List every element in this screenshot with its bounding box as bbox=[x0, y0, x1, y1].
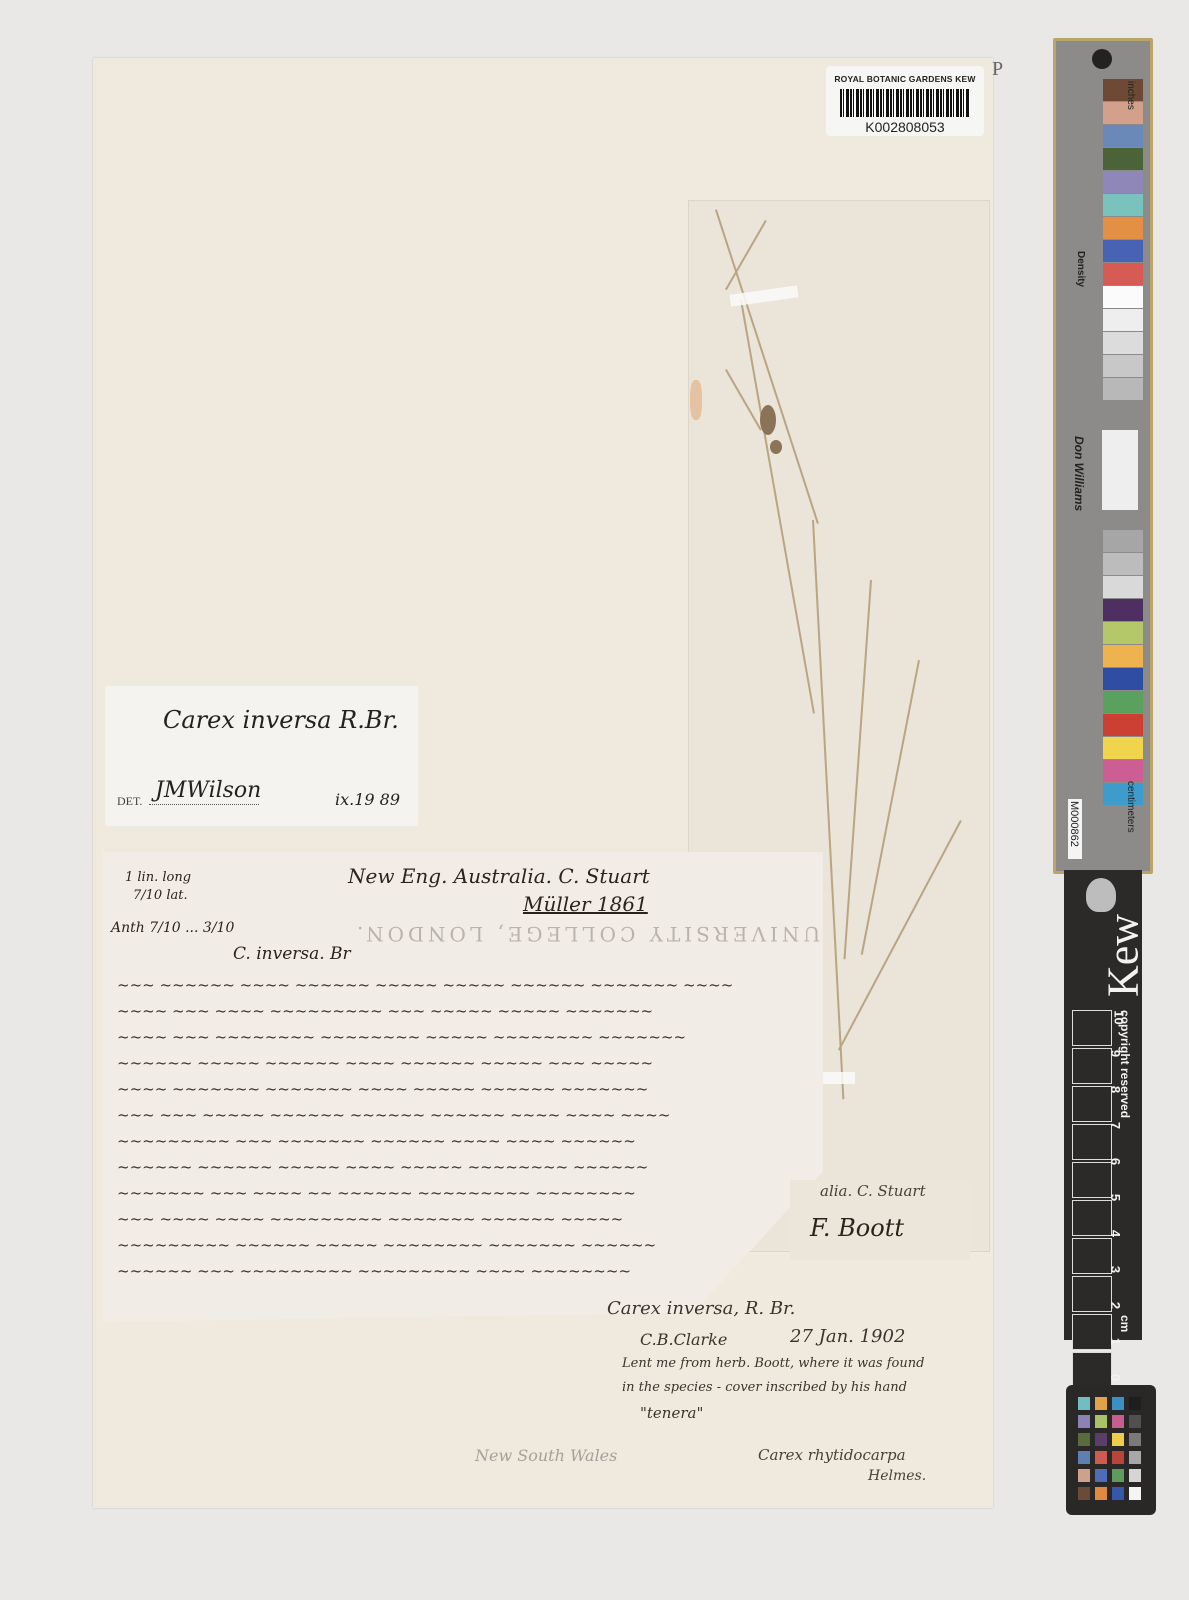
color-swatch bbox=[1078, 1433, 1090, 1446]
unit-label: cm bbox=[1118, 1315, 1132, 1332]
color-patch bbox=[1103, 783, 1143, 805]
color-patch bbox=[1103, 309, 1143, 331]
color-swatch bbox=[1095, 1451, 1107, 1464]
color-swatch bbox=[1078, 1451, 1090, 1464]
scale-segment bbox=[1072, 1086, 1112, 1122]
color-patch bbox=[1103, 217, 1143, 239]
scale-segment bbox=[1072, 1276, 1112, 1312]
region-note: New South Wales bbox=[475, 1446, 617, 1465]
color-patch bbox=[1103, 378, 1143, 400]
color-swatch bbox=[1078, 1487, 1090, 1500]
color-swatch bbox=[1129, 1433, 1141, 1446]
clarke-note-1: Lent me from herb. Boott, where it was f… bbox=[622, 1356, 924, 1371]
color-swatch bbox=[1112, 1451, 1124, 1464]
margin-note-1: 1 lin. long bbox=[125, 870, 191, 885]
color-swatch bbox=[1129, 1469, 1141, 1482]
scale-tick-label: 0 bbox=[1108, 1374, 1123, 1381]
color-patch bbox=[1103, 553, 1143, 575]
collection-label: UNIVERSITY COLLEGE, LONDON. 1 lin. long … bbox=[103, 852, 823, 1322]
color-swatch-grid bbox=[1078, 1397, 1141, 1500]
color-patch bbox=[1103, 355, 1143, 377]
latin-description: ~~~ ~~~~~~ ~~~~ ~~~~~~ ~~~~~ ~~~~~ ~~~~~… bbox=[117, 972, 733, 1284]
institution-name: ROYAL BOTANIC GARDENS KEW bbox=[826, 74, 984, 84]
color-swatch bbox=[1078, 1415, 1090, 1428]
corner-mark: P bbox=[992, 58, 1003, 81]
boott-signature: F. Boott bbox=[810, 1214, 904, 1242]
barcode bbox=[840, 89, 970, 117]
density-gauge bbox=[1102, 430, 1138, 510]
flower-spike bbox=[770, 440, 782, 454]
scale-tick-label: 4 bbox=[1108, 1230, 1123, 1237]
color-swatch bbox=[1078, 1469, 1090, 1482]
color-patch bbox=[1103, 332, 1143, 354]
bar-id-label: M000862 bbox=[1068, 799, 1082, 859]
color-patch bbox=[1103, 668, 1143, 690]
redetermination-author: Helmes. bbox=[868, 1468, 926, 1484]
scale-tick-label: 7 bbox=[1108, 1122, 1123, 1129]
determination-label: Carex inversa R.Br. DET. JMWilson ix.19 … bbox=[105, 686, 418, 826]
color-patch bbox=[1103, 714, 1143, 736]
color-patch bbox=[1103, 760, 1143, 782]
scale-segment bbox=[1072, 1352, 1112, 1388]
color-patch bbox=[1103, 645, 1143, 667]
color-patch bbox=[1103, 171, 1143, 193]
scale-tick-label: 2 bbox=[1108, 1302, 1123, 1309]
scale-tick-label: 5 bbox=[1108, 1194, 1123, 1201]
scale-tick-label: 1 bbox=[1108, 1338, 1123, 1345]
clarke-note-3: "tenera" bbox=[640, 1404, 703, 1422]
scale-segment bbox=[1072, 1200, 1112, 1236]
margin-note-2: 7/10 lat. bbox=[133, 888, 188, 903]
color-swatch bbox=[1112, 1487, 1124, 1500]
color-patch bbox=[1103, 79, 1143, 101]
barcode-label: ROYAL BOTANIC GARDENS KEW K002808053 bbox=[826, 66, 984, 136]
color-patch bbox=[1103, 286, 1143, 308]
scale-tick-label: 10 bbox=[1112, 1010, 1127, 1024]
color-swatch bbox=[1129, 1451, 1141, 1464]
color-patch bbox=[1103, 737, 1143, 759]
color-patch bbox=[1103, 125, 1143, 147]
scale-segment bbox=[1072, 1010, 1112, 1046]
color-patch bbox=[1103, 622, 1143, 644]
scale-tick-label: 3 bbox=[1108, 1266, 1123, 1273]
color-patch bbox=[1103, 691, 1143, 713]
cm-scale bbox=[1072, 1010, 1112, 1428]
clarke-author: C.B.Clarke bbox=[640, 1330, 727, 1349]
color-swatch bbox=[1095, 1469, 1107, 1482]
color-checker-card bbox=[1066, 1385, 1156, 1515]
printed-watermark: UNIVERSITY COLLEGE, LONDON. bbox=[353, 922, 820, 946]
centimeters-label: centimeters bbox=[1125, 781, 1136, 833]
clarke-note-2: in the species - cover inscribed by his … bbox=[622, 1380, 907, 1395]
registration-dot bbox=[1092, 49, 1112, 69]
dotted-line bbox=[149, 804, 259, 805]
color-swatch bbox=[1129, 1397, 1141, 1410]
barcode-number: K002808053 bbox=[826, 119, 984, 135]
flower-spike bbox=[760, 405, 776, 435]
color-patch bbox=[1103, 148, 1143, 170]
clarke-date: 27 Jan. 1902 bbox=[790, 1326, 905, 1347]
kew-crest-icon bbox=[1086, 878, 1116, 912]
color-patch bbox=[1103, 530, 1143, 552]
color-swatch bbox=[1112, 1433, 1124, 1446]
color-patch bbox=[1103, 240, 1143, 262]
description-line: Anth 7/10 ... 3/10 bbox=[111, 920, 234, 936]
scale-tick-label: 9 bbox=[1108, 1050, 1123, 1057]
scale-segment bbox=[1072, 1314, 1112, 1350]
kew-logo: Kew bbox=[1098, 911, 1149, 1001]
density-label: Density bbox=[1075, 251, 1086, 287]
clarke-taxon: Carex inversa, R. Br. bbox=[607, 1298, 795, 1319]
glue-stain bbox=[690, 380, 702, 420]
locality: New Eng. Australia. C. Stuart bbox=[348, 864, 650, 888]
brand-label: Don Williams bbox=[1072, 436, 1086, 511]
color-patch bbox=[1103, 599, 1143, 621]
taxon-name: Carex inversa R.Br. bbox=[163, 706, 399, 734]
color-patch bbox=[1103, 263, 1143, 285]
color-swatch bbox=[1095, 1415, 1107, 1428]
scale-tick-label: 8 bbox=[1108, 1086, 1123, 1093]
redetermination-name: Carex rhytidocarpa bbox=[758, 1446, 906, 1464]
scale-segment bbox=[1072, 1048, 1112, 1084]
copyright-text: copyright reserved bbox=[1118, 1010, 1132, 1118]
collector-note: Müller 1861 bbox=[523, 892, 648, 916]
locality-fragment: alia. C. Stuart bbox=[820, 1182, 926, 1200]
color-swatch bbox=[1078, 1397, 1090, 1410]
inches-label: inches bbox=[1125, 81, 1136, 110]
color-swatch bbox=[1112, 1415, 1124, 1428]
kew-scale-bar: Kew copyright reserved cm 109876543210 bbox=[1064, 870, 1142, 1340]
det-prefix: DET. bbox=[117, 794, 142, 809]
color-swatch bbox=[1129, 1415, 1141, 1428]
color-swatch bbox=[1095, 1397, 1107, 1410]
color-swatch bbox=[1095, 1433, 1107, 1446]
color-swatch bbox=[1095, 1487, 1107, 1500]
scale-segment bbox=[1072, 1162, 1112, 1198]
color-swatch bbox=[1112, 1469, 1124, 1482]
color-swatch bbox=[1129, 1487, 1141, 1500]
scale-segment bbox=[1072, 1238, 1112, 1274]
color-patch bbox=[1103, 576, 1143, 598]
determination-date: ix.19 89 bbox=[335, 790, 400, 809]
scale-tick-label: 6 bbox=[1108, 1158, 1123, 1165]
species-name: C. inversa. Br bbox=[233, 944, 351, 964]
color-swatch bbox=[1112, 1397, 1124, 1410]
color-patch bbox=[1103, 194, 1143, 216]
scale-segment bbox=[1072, 1124, 1112, 1160]
boott-label: alia. C. Stuart F. Boott bbox=[790, 1180, 970, 1260]
determiner-signature: JMWilson bbox=[155, 778, 261, 803]
color-patch bbox=[1103, 102, 1143, 124]
